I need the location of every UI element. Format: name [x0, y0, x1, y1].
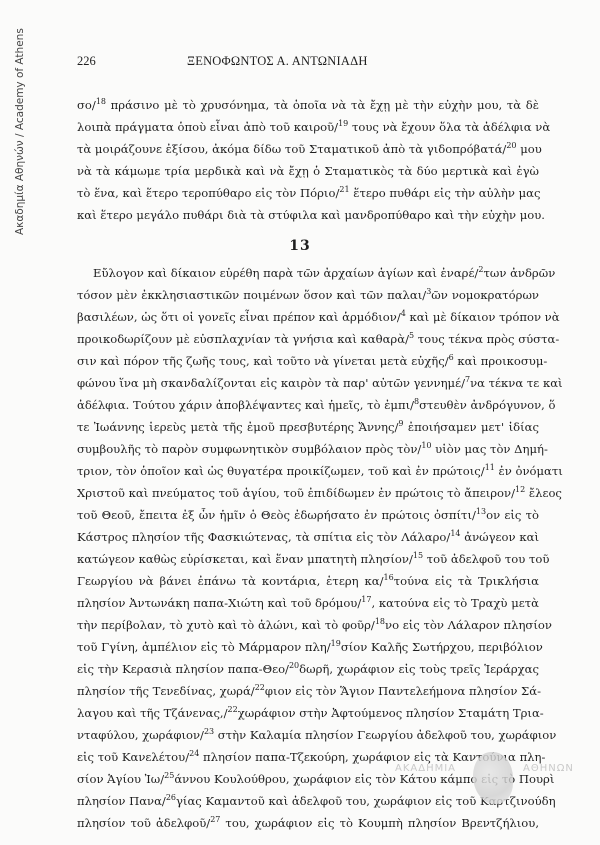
line-text: σίον Καλῆς Σωτήρχου, περιβόλιον — [341, 640, 543, 654]
line-number-marker: 13 — [476, 507, 486, 516]
line-number-marker: 17 — [361, 595, 371, 604]
text-line: φώνου ἵνα μὴ σκανδαλίζονται εἰς καιρὸν τ… — [77, 372, 539, 394]
text-line: Γεωργίου νὰ βάνει ἐπάνω τὰ κοντάρια, ἑτε… — [77, 570, 539, 592]
line-text: καὶ προικοσυμ- — [454, 354, 548, 368]
line-text: τους τέκνα πρὸς σύστα- — [414, 332, 559, 346]
line-text: εἰς τὴν Κερασιὰ πλησίον παπα-Θεο/ — [77, 662, 289, 676]
line-text: στὴν Καλαμία πλησίον Γεωργίου ἀδελφοῦ το… — [214, 728, 556, 742]
line-number-marker: 19 — [338, 119, 348, 128]
text-line: ἀδέλφια. Τούτου χάριν ἀποβλέψαντες καὶ ἡ… — [77, 394, 539, 416]
side-watermark: Ακαδημία Αθηνών / Academy of Athens — [14, 28, 26, 235]
text-line: νὰ τὰ κάμωμε τρία μερδικὰ καὶ νὰ ἔχῃ ὁ Σ… — [77, 160, 539, 182]
athena-head-logo-icon — [473, 752, 513, 804]
line-text: δωρῆ, χωράφιον εἰς τοὺς τρεῖς Ἱεράρχας — [299, 662, 539, 676]
line-text: φώνου ἵνα μὴ σκανδαλίζονται εἰς καιρὸν τ… — [77, 376, 465, 390]
paragraph-document-13: Εὔλογον καὶ δίκαιον εὑρέθη παρὰ τῶν ἀρχα… — [77, 262, 539, 834]
line-text: μου — [517, 142, 542, 156]
running-title: ΞΕΝΟΦΩΝΤΟΣ Α. ΑΝΤΩΝΙΑΔΗ — [187, 54, 368, 69]
line-text: πράσινο μὲ τὸ χρυσόνημα, τὰ ὁποῖα νὰ τὰ … — [106, 98, 539, 112]
line-text: των ἀνδρῶν — [483, 266, 555, 280]
line-text: ῶν νομοκρατόρων — [431, 288, 539, 302]
line-text: ον εἰς τὸ — [486, 508, 539, 522]
line-text: καὶ ἕτερο μεγάλο πυθάρι διὰ τὰ στύφιλα κ… — [77, 208, 545, 222]
text-line: Χριστοῦ καὶ πνεύματος τοῦ ἁγίου, τοῦ ἐπι… — [77, 482, 539, 504]
line-text: ἔλεος — [525, 486, 562, 500]
line-number-marker: 20 — [289, 661, 299, 670]
line-number-marker: 16 — [384, 573, 394, 582]
line-text: ἀνώγεον καὶ — [461, 530, 540, 544]
line-number-marker: 11 — [485, 463, 495, 472]
line-number-marker: 22 — [228, 705, 238, 714]
line-text: προικοδωρίζουν μὲ εὐσπλαχνίαν τὰ γνήσια … — [77, 332, 409, 346]
line-text: τούνα εἰς τὰ Τρικλήσια — [394, 574, 539, 588]
line-text: Κάστρος πλησίον τῆς Φασκιώτενας, τὰ σπίτ… — [77, 530, 450, 544]
line-number-marker: 15 — [413, 551, 423, 560]
line-number-marker: 18 — [96, 97, 106, 106]
text-line: τὴν περίβολαν, τὸ χυτὸ καὶ τὸ ἁλώνι, καὶ… — [77, 614, 539, 636]
text-line: Εὔλογον καὶ δίκαιον εὑρέθη παρὰ τῶν ἀρχα… — [77, 262, 539, 284]
line-text: υἱὸν μας τὸν Δημή- — [432, 442, 548, 456]
watermark-text-right: ΑΘΗΝΩΝ — [523, 763, 574, 774]
line-text: πλησίον Ἀντωνάκη παπα-Χιώτη καὶ τοῦ δρόμ… — [77, 596, 361, 610]
text-line: πλησίον τῆς Τενεδίνας, χωρά/22φιον εἰς τ… — [77, 680, 539, 702]
text-line: λαγου καὶ τῆς Τζάνενας,/22χωράφιον στὴν … — [77, 702, 539, 724]
watermark-text-left: ΑΚΑΔΗΜΙΑ — [395, 763, 456, 774]
line-text: λαγου καὶ τῆς Τζάνενας,/ — [77, 706, 228, 720]
line-text: Γεωργίου νὰ βάνει ἐπάνω τὰ κοντάρια, ἑτε… — [77, 574, 384, 588]
line-text: φιον εἰς τὸν Ἅγιον Παντελεήμονα πλησίον … — [265, 684, 541, 698]
line-text: τὰ μοιράζουνε ἐξίσου, ἀκόμα δίδω τοῦ Στα… — [77, 142, 506, 156]
line-text: Χριστοῦ καὶ πνεύματος τοῦ ἁγίου, τοῦ ἐπι… — [77, 486, 515, 500]
line-text: σο/ — [77, 98, 96, 112]
text-line: καὶ ἕτερο μεγάλο πυθάρι διὰ τὰ στύφιλα κ… — [77, 204, 539, 226]
line-text: σίον Ἁγίου Ἰω/ — [77, 772, 164, 786]
text-line: τε Ἰωάννης ἱερεὺς μετὰ τῆς ἐμοῦ πρεσβυτέ… — [77, 416, 539, 438]
line-number-marker: 18 — [375, 617, 385, 626]
text-line: πλησίον Ἀντωνάκη παπα-Χιώτη καὶ τοῦ δρόμ… — [77, 592, 539, 614]
text-line: εἰς τὴν Κερασιὰ πλησίον παπα-Θεο/20δωρῆ,… — [77, 658, 539, 680]
line-text: σιν καὶ πόρον τῆς ζωῆς τους, καὶ τοῦτο ν… — [77, 354, 449, 368]
section-number: 13 — [0, 238, 600, 254]
line-text: στευθὲν ἀνδρόγυνον, ὅ — [419, 398, 555, 412]
line-number-marker: 14 — [450, 529, 460, 538]
line-text: ἕτερο πυθάρι εἰς τὴν αὐλὴν μας — [350, 186, 541, 200]
line-number-marker: 23 — [204, 727, 214, 736]
line-text: νὰ τὰ κάμωμε τρία μερδικὰ καὶ νὰ ἔχῃ ὁ Σ… — [77, 164, 539, 178]
line-text: συμβουλῆς τὸ παρὸν συμφωνητικὸν συμβόλαι… — [77, 442, 421, 456]
text-line: σιν καὶ πόρον τῆς ζωῆς τους, καὶ τοῦτο ν… — [77, 350, 539, 372]
line-text: , κατούνα εἰς τὸ Τραχὺ μετὰ — [371, 596, 539, 610]
line-text: νταφύλου, χωράφιον/ — [77, 728, 204, 742]
line-number-marker: 21 — [339, 185, 349, 194]
line-number-marker: 22 — [255, 683, 265, 692]
line-text: ἀδέλφια. Τούτου χάριν ἀποβλέψαντες καὶ ἡ… — [77, 398, 414, 412]
line-number-marker: 19 — [331, 639, 341, 648]
line-text: τους νὰ ἔχουν ὅλα τὰ ἀδέλφια νὰ — [348, 120, 550, 134]
line-text: τριον, τὸν ὁποῖον καὶ ὡς θυγατέρα προικί… — [77, 464, 485, 478]
line-text: ἐν ὀνόματι — [495, 464, 563, 478]
line-text: βασιλέων, ὡς ὅτι οἱ γονεῖς εἶναι πρέπον … — [77, 310, 401, 324]
line-text: τοῦ Γγίνη, ἀμπέλιον εἰς τὸ Μάρμαρον πλη/ — [77, 640, 331, 654]
line-text: τοῦ ἀδελφοῦ του τοῦ — [423, 552, 549, 566]
line-text: πλησίον τῆς Τενεδίνας, χωρά/ — [77, 684, 255, 698]
text-line: τοῦ Θεοῦ, ἔπειτα ἐξ ὧν ἡμῖν ὁ Θεὸς ἐδωρή… — [77, 504, 539, 526]
text-line: Κάστρος πλησίον τῆς Φασκιώτενας, τὰ σπίτ… — [77, 526, 539, 548]
text-line: τόσον μὲν ἐκκλησιαστικῶν ποιμένων ὅσον κ… — [77, 284, 539, 306]
line-text: τοῦ Θεοῦ, ἔπειτα ἐξ ὧν ἡμῖν ὁ Θεὸς ἐδωρή… — [77, 508, 476, 522]
line-number-marker: 27 — [210, 815, 220, 824]
line-text: τὸ ἕνα, καὶ ἕτερο τεροπύθαρο εἰς τὸν Πόρ… — [77, 186, 339, 200]
line-text: εἰς τοῦ Κανελέτου/ — [77, 750, 189, 764]
line-text: τε Ἰωάννης ἱερεὺς μετὰ τῆς ἐμοῦ πρεσβυτέ… — [77, 420, 398, 434]
text-line: βασιλέων, ὡς ὅτι οἱ γονεῖς εἶναι πρέπον … — [77, 306, 539, 328]
line-number-marker: 12 — [515, 485, 525, 494]
text-line: συμβουλῆς τὸ παρὸν συμφωνητικὸν συμβόλαι… — [77, 438, 539, 460]
line-text: τόσον μὲν ἐκκλησιαστικῶν ποιμένων ὅσον κ… — [77, 288, 426, 302]
text-line: τὸ ἕνα, καὶ ἕτερο τεροπύθαρο εἰς τὸν Πόρ… — [77, 182, 539, 204]
line-number-marker: 20 — [506, 141, 516, 150]
line-text: να τέκνα τε καὶ — [470, 376, 563, 390]
running-head: 226 ΞΕΝΟΦΩΝΤΟΣ Α. ΑΝΤΩΝΙΑΔΗ — [77, 54, 537, 70]
text-line: κατώγεον καθὼς εὑρίσκεται, καὶ ἕναν μπατ… — [77, 548, 539, 570]
line-text: Εὔλογον καὶ δίκαιον εὑρέθη παρὰ τῶν ἀρχα… — [93, 266, 478, 280]
text-line: τριον, τὸν ὁποῖον καὶ ὡς θυγατέρα προικί… — [77, 460, 539, 482]
line-text: πλησίον Πανα/ — [77, 794, 166, 808]
line-text: κατώγεον καθὼς εὑρίσκεται, καὶ ἕναν μπατ… — [77, 552, 413, 566]
text-line: λοιπὰ πράγματα ὁποὺ εἶναι ἀπὸ τοῦ καιροῦ… — [77, 116, 539, 138]
line-number-marker: 24 — [189, 749, 199, 758]
line-text: ἐποιήσαμεν μετ' ἰδίας — [404, 420, 540, 434]
text-line: τοῦ Γγίνη, ἀμπέλιον εἰς τὸ Μάρμαρον πλη/… — [77, 636, 539, 658]
line-text: χωράφιον στὴν Ἀφτούμενος πλησίον Σταμάτη… — [238, 706, 544, 720]
line-text: νο εἰς τὸν Λάλαρον πλησίον — [385, 618, 552, 632]
paragraph-continued: σο/18 πράσινο μὲ τὸ χρυσόνημα, τὰ ὁποῖα … — [77, 94, 539, 226]
page-number: 226 — [77, 54, 96, 69]
line-text: καὶ μὲ δίκαιον τρόπον νὰ — [406, 310, 560, 324]
line-text: πλησίον τοῦ ἀδελφοῦ/ — [77, 816, 210, 830]
line-number-marker: 10 — [421, 441, 431, 450]
line-text: λοιπὰ πράγματα ὁποὺ εἶναι ἀπὸ τοῦ καιροῦ… — [77, 120, 338, 134]
text-line: σο/18 πράσινο μὲ τὸ χρυσόνημα, τὰ ὁποῖα … — [77, 94, 539, 116]
bottom-watermark: ΑΚΑΔΗΜΙΑ ΑΘΗΝΩΝ — [395, 760, 595, 820]
text-line: νταφύλου, χωράφιον/23 στὴν Καλαμία πλησί… — [77, 724, 539, 746]
text-line: προικοδωρίζουν μὲ εὐσπλαχνίαν τὰ γνήσια … — [77, 328, 539, 350]
line-number-marker: 25 — [164, 771, 174, 780]
line-number-marker: 26 — [166, 793, 176, 802]
line-text: τὴν περίβολαν, τὸ χυτὸ καὶ τὸ ἁλώνι, καὶ… — [77, 618, 375, 632]
text-line: τὰ μοιράζουνε ἐξίσου, ἀκόμα δίδω τοῦ Στα… — [77, 138, 539, 160]
